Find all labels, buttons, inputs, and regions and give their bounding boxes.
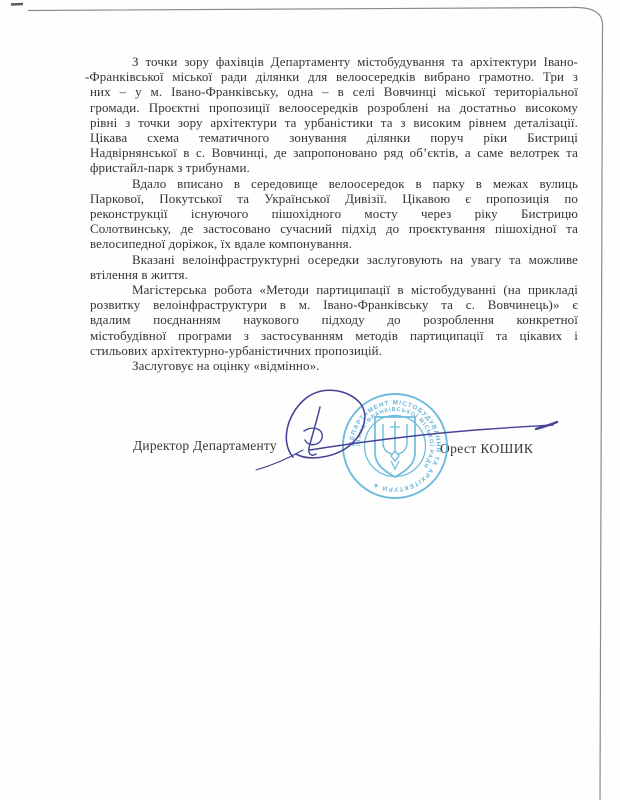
paragraph: Магістерська робота «Методи партиципації… [90,282,578,358]
text-line: реконструкції існуючого пішохідного мост… [90,206,578,221]
text-line: Надвірнянської в с. Вовчинці, де запропо… [90,145,578,160]
text-line: стильових архітектурно-урбаністичних про… [90,343,578,358]
paragraph: З точки зору фахівців Департаменту місто… [90,54,578,176]
scan-corner-mark [11,4,23,5]
text-line: фристайл-парк з трибунами. [90,160,578,175]
letter-body: З точки зору фахівців Департаменту місто… [90,54,578,373]
text-line: містобудівної програми з застосуванням м… [90,328,578,343]
text-line: Заслуговує на оцінку «відмінно». [90,358,578,373]
text-line: Вказані велоінфраструктурні осередки зас… [90,252,578,267]
text-line: них – у м. Івано-Франківську, одна – в с… [90,84,578,99]
paragraph: Заслуговує на оцінку «відмінно». [90,358,578,373]
text-line: -Франківської міської ради ділянки для в… [90,69,578,84]
text-line: Вдало вписано в середовище велоосередок … [90,176,578,191]
text-line: Магістерська робота «Методи партиципації… [90,282,578,297]
official-stamp: ДЕПАРТАМЕНТ МІСТОБУДУВАННЯ ТА АРХІТЕКТУР… [343,394,447,498]
text-line: Паркової, Покутської та Української Диві… [90,191,578,206]
text-line: вдалим поєднанням наукового підходу до р… [90,312,578,327]
signature-role-label: Директор Департаменту [133,438,277,454]
signature [256,390,557,470]
stamp-inner-ring-text: ІВАНО-ФРАНКІВСЬКОЇ МІСЬКОЇ РАДИ [356,407,435,469]
text-line: велосипедної доріжок, їх вдале компонува… [90,236,578,251]
text-line: громади. Проєктні пропозиції велоосередк… [90,100,578,115]
text-line: З точки зору фахівців Департаменту місто… [90,54,578,69]
text-line: рівні з точки зору архітектури та урбані… [90,115,578,130]
text-line: втілення в життя. [90,267,578,282]
stamp-outer-ring-text: ДЕПАРТАМЕНТ МІСТОБУДУВАННЯ ТА АРХІТЕКТУР… [348,399,441,492]
paragraph: Вказані велоінфраструктурні осередки зас… [90,252,578,282]
tryzub-trident-icon [375,417,415,477]
signatory-name: Орест КОШИК [440,441,533,457]
text-line: Солотвинську, де застосовано сучасний пі… [90,221,578,236]
paragraph: Вдало вписано в середовище велоосередок … [90,176,578,252]
text-line: розвитку велоінфраструктури в м. Івано-Ф… [90,297,578,312]
scanned-document-page: З точки зору фахівців Департаменту місто… [0,0,620,800]
text-line: Цікава схема тематичного зонування ділян… [90,130,578,145]
stamp-bottom-text: · · · · · [372,461,393,477]
